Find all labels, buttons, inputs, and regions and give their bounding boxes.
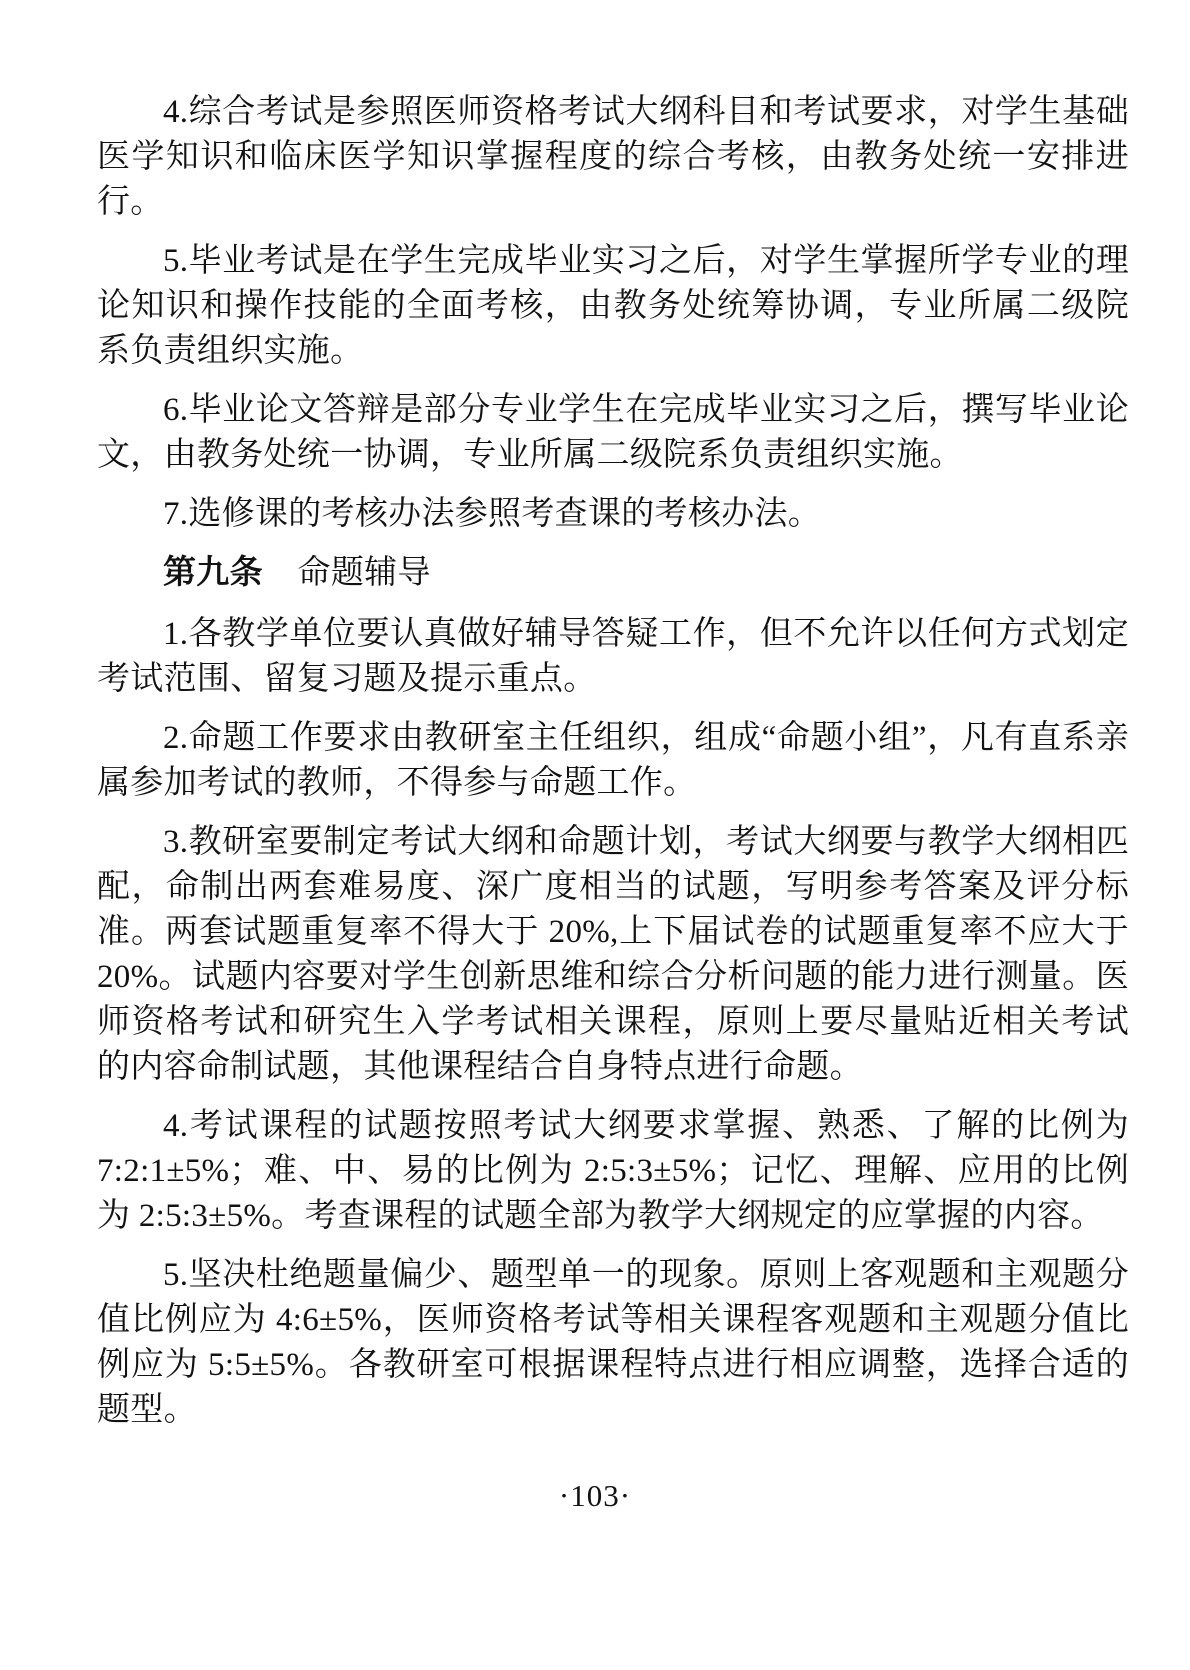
page-number: ·103·	[0, 1478, 1190, 1514]
document-body: 4.综合考试是参照医师资格考试大纲科目和考试要求，对学生基础医学知识和临床医学知…	[97, 90, 1129, 1447]
article-title: 命题辅导	[298, 555, 431, 591]
article-number: 第九条	[163, 555, 298, 591]
body-paragraph: 6.毕业论文答辩是部分专业学生在完成毕业实习之后，撰写毕业论文，由教务处统一协调…	[97, 388, 1129, 478]
body-paragraph: 4.综合考试是参照医师资格考试大纲科目和考试要求，对学生基础医学知识和临床医学知…	[97, 90, 1129, 225]
document-page: 4.综合考试是参照医师资格考试大纲科目和考试要求，对学生基础医学知识和临床医学知…	[0, 0, 1190, 1670]
body-paragraph: 5.坚决杜绝题量偏少、题型单一的现象。原则上客观题和主观题分值比例应为 4:6±…	[97, 1253, 1129, 1433]
article-heading: 第九条命题辅导	[97, 551, 1129, 596]
body-paragraph: 5.毕业考试是在学生完成毕业实习之后，对学生掌握所学专业的理论知识和操作技能的全…	[97, 239, 1129, 374]
body-paragraph: 1.各教学单位要认真做好辅导答疑工作，但不允许以任何方式划定考试范围、留复习题及…	[97, 612, 1129, 702]
body-paragraph: 4.考试课程的试题按照考试大纲要求掌握、熟悉、了解的比例为 7:2:1±5%；难…	[97, 1104, 1129, 1239]
body-paragraph: 7.选修课的考核办法参照考查课的考核办法。	[97, 492, 1129, 537]
body-paragraph: 2.命题工作要求由教研室主任组织，组成“命题小组”，凡有直系亲属参加考试的教师，…	[97, 716, 1129, 806]
body-paragraph: 3.教研室要制定考试大纲和命题计划，考试大纲要与教学大纲相匹配，命制出两套难易度…	[97, 820, 1129, 1090]
